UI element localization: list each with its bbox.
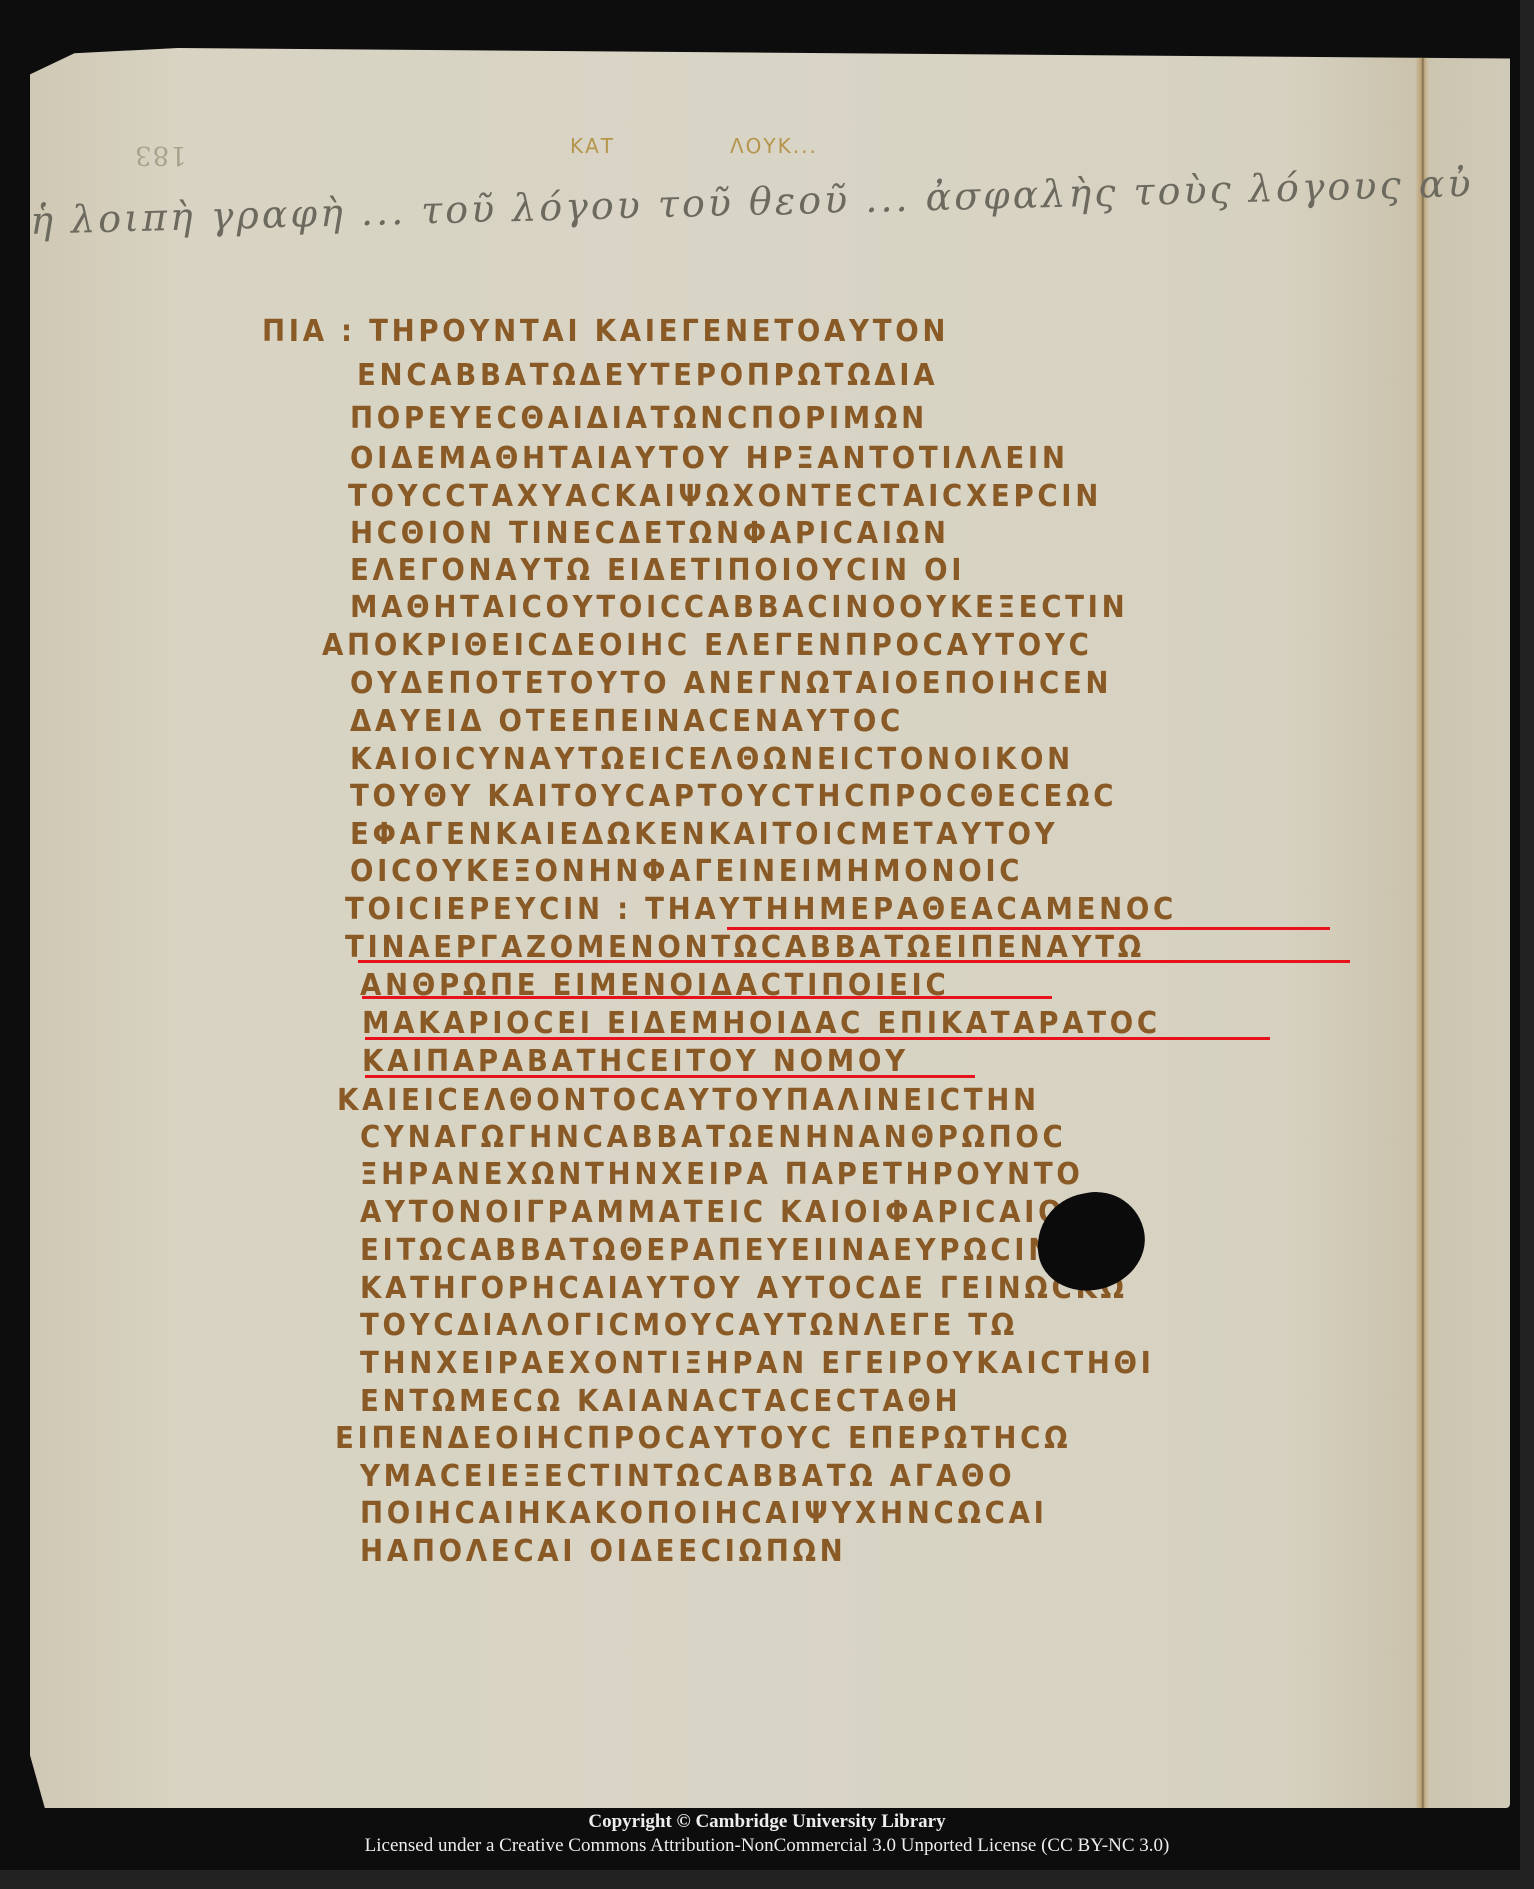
text-line: ΤΟΙCΙΕΡΕΥCΙΝ : ΤΗΑΥΤΗΗΜΕΡΑΘΕΑCΑΜΕΝΟC — [345, 892, 1177, 927]
text-line: ΤΟΥCCΤΑΧΥΑCΚΑΙΨΩΧΟΝΤΕCΤΑΙCΧΕΡCΙΝ — [348, 479, 1102, 514]
red-underline-annotation — [727, 927, 1330, 930]
text-line: ΞΗΡΑΝΕΧΩΝΤΗΝΧΕΙΡΑ ΠΑΡΕΤΗΡΟΥΝΤΟ — [360, 1157, 1083, 1192]
image-viewer: 183 ΚΑΤ ΛΟΥΚ... ἡ λοιπὴ γραφὴ ... τοῦ λό… — [0, 0, 1534, 1889]
image-credits: Copyright © Cambridge University Library… — [0, 1810, 1534, 1858]
text-line: ΤΗΝΧΕΙΡΑΕΧΟΝΤΙΞΗΡΑΝ ΕΓΕΙΡΟΥΚΑΙCΤΗΘΙ — [360, 1346, 1155, 1381]
red-underline-annotation — [365, 1037, 1270, 1040]
text-line: ΜΑΘΗΤΑΙCΟΥΤΟΙCCΑΒΒΑCΙΝΟΟΥΚΕΞΕCΤΙΝ — [350, 590, 1128, 625]
text-line: ΠΙΑ : ΤΗΡΟΥΝΤΑΙ ΚΑΙΕΓΕΝΕΤΟΑΥΤΟΝ — [262, 314, 949, 349]
viewer-edge — [1520, 0, 1534, 1889]
text-line: ΤΟΥΘΥ ΚΑΙΤΟΥCΑΡΤΟΥCΤΗCΠΡΟCΘΕCΕΩC — [350, 779, 1117, 814]
text-line: ΥΜΑCΕΙΕΞΕCΤΙΝΤΩCΑΒΒΑΤΩ ΑΓΑΘΟ — [360, 1459, 1015, 1494]
folio-number: 183 — [134, 140, 187, 170]
text-line: ΗCΘΙΟΝ ΤΙΝΕCΔΕΤΩΝΦΑΡΙCΑΙΩΝ — [350, 516, 950, 551]
page-gutter — [1415, 48, 1429, 1808]
running-title-left: ΚΑΤ — [570, 134, 615, 158]
text-line: ΟΥΔΕΠΟΤΕΤΟΥΤΟ ΑΝΕΓΝΩΤΑΙΟΕΠΟΙΗCΕΝ — [350, 666, 1112, 701]
text-line: ΠΟΡΕΥΕCΘΑΙΔΙΑΤΩΝCΠΟΡΙΜΩΝ — [350, 401, 928, 436]
text-line: ΚΑΤΗΓΟΡΗCΑΙΑΥΤΟΥ ΑΥΤΟCΔΕ ΓΕΙΝΩCΚΩ — [360, 1271, 1128, 1306]
text-line: ΤΟΥCΔΙΑΛΟΓΙCΜΟΥCΑΥΤΩΝΛΕΓΕ ΤΩ — [360, 1308, 1018, 1343]
text-line: ΕΝΤΩΜΕCΩ ΚΑΙΑΝΑCΤΑCΕCΤΑΘΗ — [360, 1384, 961, 1419]
text-line: ΠΟΙΗCΑΙΗΚΑΚΟΠΟΙΗCΑΙΨΥΧΗΝCΩCΑΙ — [360, 1496, 1048, 1531]
text-line: ΟΙΔΕΜΑΘΗΤΑΙΑΥΤΟΥ ΗΡΞΑΝΤΟΤΙΛΛΕΙΝ — [350, 441, 1069, 476]
text-line: ΕΛΕΓΟΝΑΥΤΩ ΕΙΔΕΤΙΠΟΙΟΥCΙΝ ΟΙ — [350, 553, 965, 588]
text-line: ΗΑΠΟΛΕCΑΙ ΟΙΔΕΕCΙΩΠΩΝ — [360, 1534, 846, 1569]
text-line: ΚΑΙΟΙCΥΝΑΥΤΩΕΙCΕΛΘΩΝΕΙCΤΟΝΟΙΚΟΝ — [350, 742, 1074, 777]
red-underline-annotation — [358, 960, 1350, 963]
text-line: ΟΙCΟΥΚΕΞΟΝΗΝΦΑΓΕΙΝΕΙΜΗΜΟΝΟΙC — [350, 854, 1023, 889]
red-underline-annotation — [362, 996, 1052, 999]
red-underline-annotation — [365, 1075, 975, 1078]
text-line: ΕΝCΑΒΒΑΤΩΔΕΥΤΕΡΟΠΡΩΤΩΔΙΑ — [357, 358, 938, 393]
text-line: ΚΑΙΕΙCΕΛΘΟΝΤΟCΑΥΤΟΥΠΑΛΙΝΕΙCΤΗΝ — [337, 1083, 1040, 1118]
text-line: ΑΥΤΟΝΟΙΓΡΑΜΜΑΤΕΙC ΚΑΙΟΙΦΑΡΙCΑΙΟΙ — [360, 1195, 1079, 1230]
text-line: ΕΙΤΩCΑΒΒΑΤΩΘΕΡΑΠΕΥΕΙΙΝΑΕΥΡΩCΙΝ — [360, 1233, 1055, 1268]
marginal-note-handwritten: ἡ λοιπὴ γραφὴ ... τοῦ λόγου τοῦ θεοῦ ...… — [30, 161, 1471, 243]
text-line-underlined: ΚΑΙΠΑΡΑΒΑΤΗCΕΙΤΟΥ ΝΟΜΟΥ — [362, 1044, 909, 1079]
text-line: ΕΙΠΕΝΔΕΟΙΗCΠΡΟCΑΥΤΟΥC ΕΠΕΡΩΤΗCΩ — [335, 1421, 1071, 1456]
license-text: Licensed under a Creative Commons Attrib… — [0, 1834, 1534, 1858]
text-line: ΕΦΑΓΕΝΚΑΙΕΔΩΚΕΝΚΑΙΤΟΙCΜΕΤΑΥΤΟΥ — [350, 817, 1058, 852]
text-line: ΔΑΥΕΙΔ ΟΤΕΕΠΕΙΝΑCΕΝΑΥΤΟC — [350, 704, 904, 739]
viewer-bottom-edge — [0, 1870, 1534, 1889]
text-line-underlined: ΜΑΚΑΡΙΟCΕΙ ΕΙΔΕΜΗΟΙΔΑC ΕΠΙΚΑΤΑΡΑΤΟC — [362, 1006, 1161, 1041]
text-line: ΑΠΟΚΡΙΘΕΙCΔΕΟΙΗC ΕΛΕΓΕΝΠΡΟCΑΥΤΟΥC — [322, 628, 1093, 663]
text-line: CΥΝΑΓΩΓΗΝCΑΒΒΑΤΩΕΝΗΝΑΝΘΡΩΠΟC — [360, 1120, 1067, 1155]
copyright-text: Copyright © Cambridge University Library — [0, 1810, 1534, 1834]
running-title-right: ΛΟΥΚ... — [730, 134, 818, 158]
